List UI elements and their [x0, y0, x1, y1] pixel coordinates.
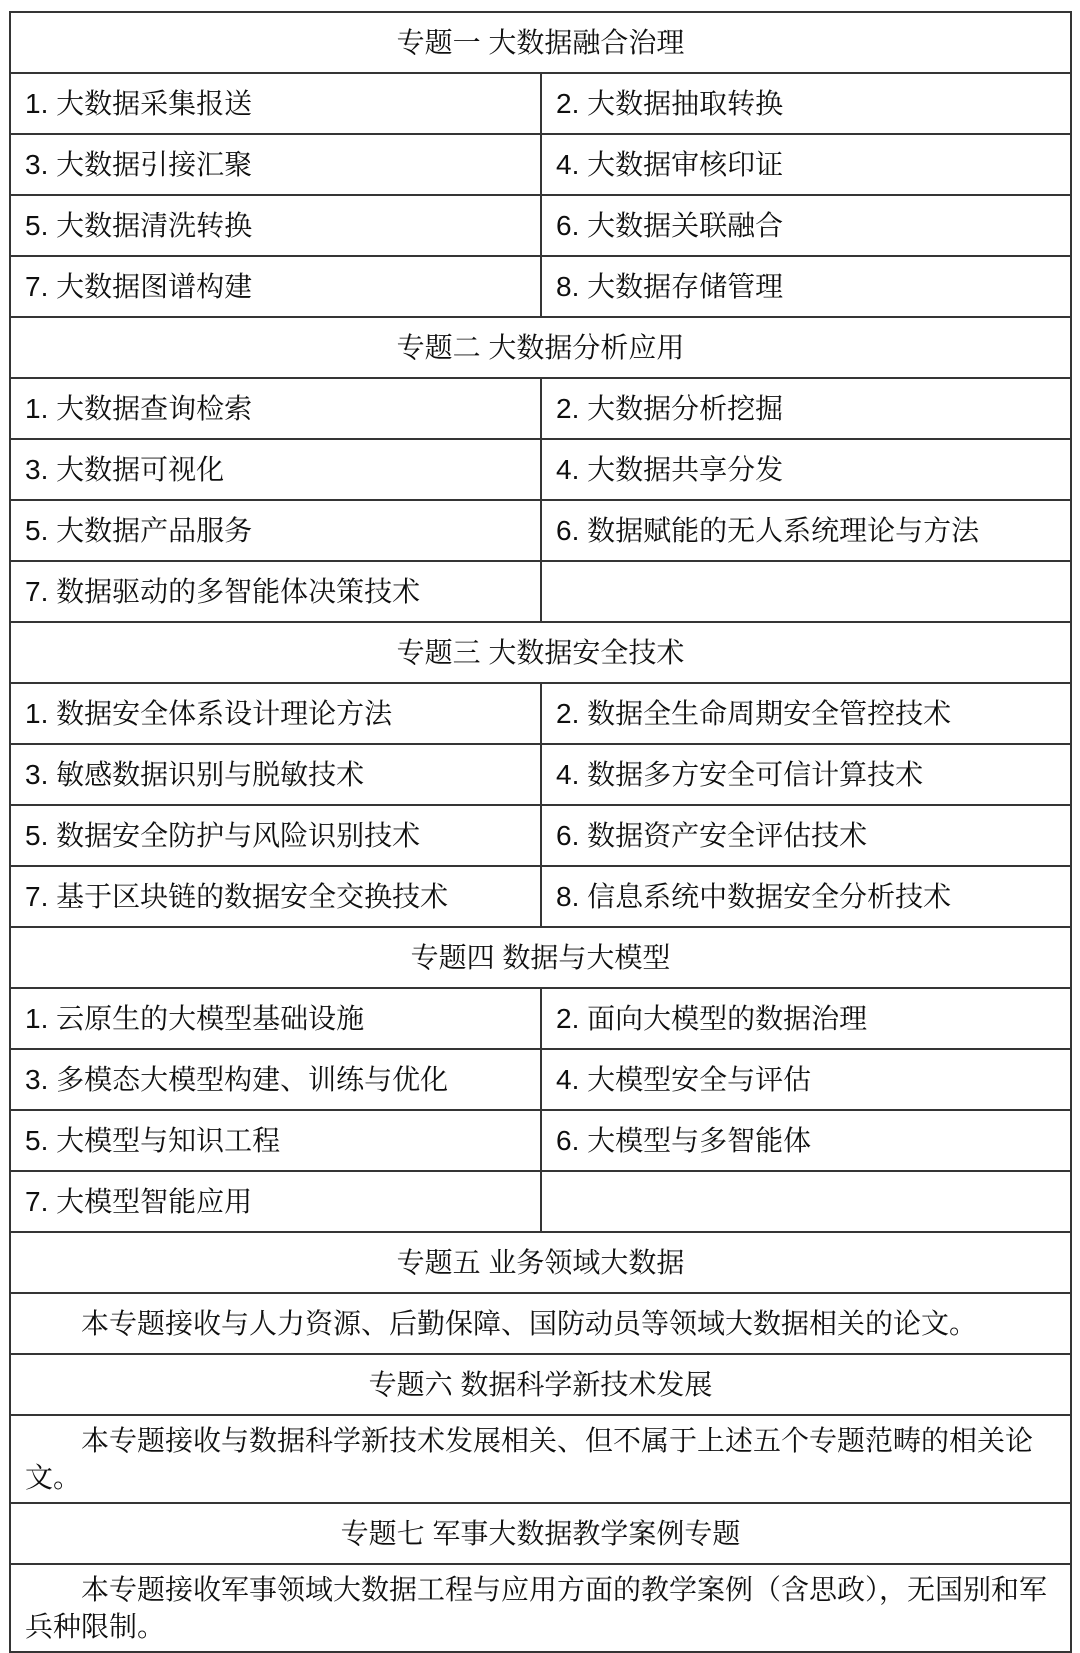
topic-cell: 3. 大数据可视化	[10, 439, 541, 500]
topic-cell: 6. 大数据关联融合	[541, 195, 1071, 256]
table-row: 本专题接收与数据科学新技术发展相关、但不属于上述五个专题范畴的相关论文。	[10, 1415, 1071, 1503]
table-row: 5. 大数据清洗转换 6. 大数据关联融合	[10, 195, 1071, 256]
table-row: 1. 大数据采集报送 2. 大数据抽取转换	[10, 73, 1071, 134]
section-6-header-row: 专题六 数据科学新技术发展	[10, 1354, 1071, 1415]
section-7-title: 专题七 军事大数据教学案例专题	[10, 1503, 1071, 1564]
section-6-title: 专题六 数据科学新技术发展	[10, 1354, 1071, 1415]
table-row: 本专题接收与人力资源、后勤保障、国防动员等领域大数据相关的论文。	[10, 1293, 1071, 1354]
topic-cell: 1. 大数据查询检索	[10, 378, 541, 439]
topic-cell: 4. 大模型安全与评估	[541, 1049, 1071, 1110]
table-row: 1. 大数据查询检索 2. 大数据分析挖掘	[10, 378, 1071, 439]
table-row: 3. 大数据可视化 4. 大数据共享分发	[10, 439, 1071, 500]
topic-cell: 1. 云原生的大模型基础设施	[10, 988, 541, 1049]
table-row: 7. 数据驱动的多智能体决策技术	[10, 561, 1071, 622]
table-row: 1. 云原生的大模型基础设施 2. 面向大模型的数据治理	[10, 988, 1071, 1049]
section-7-header-row: 专题七 军事大数据教学案例专题	[10, 1503, 1071, 1564]
topic-cell: 7. 大模型智能应用	[10, 1171, 541, 1232]
topic-cell: 3. 多模态大模型构建、训练与优化	[10, 1049, 541, 1110]
section-2-header-row: 专题二 大数据分析应用	[10, 317, 1071, 378]
document-page: 专题一 大数据融合治理 1. 大数据采集报送 2. 大数据抽取转换 3. 大数据…	[0, 0, 1080, 1653]
section-3-title: 专题三 大数据安全技术	[10, 622, 1071, 683]
table-row: 5. 大数据产品服务 6. 数据赋能的无人系统理论与方法	[10, 500, 1071, 561]
topic-cell: 2. 大数据分析挖掘	[541, 378, 1071, 439]
topic-cell: 6. 大模型与多智能体	[541, 1110, 1071, 1171]
topic-cell: 5. 大数据清洗转换	[10, 195, 541, 256]
section-1-header-row: 专题一 大数据融合治理	[10, 12, 1071, 73]
topic-cell: 5. 大数据产品服务	[10, 500, 541, 561]
table-row: 5. 数据安全防护与风险识别技术 6. 数据资产安全评估技术	[10, 805, 1071, 866]
table-row: 3. 多模态大模型构建、训练与优化 4. 大模型安全与评估	[10, 1049, 1071, 1110]
topic-cell: 5. 大模型与知识工程	[10, 1110, 541, 1171]
topic-cell: 2. 数据全生命周期安全管控技术	[541, 683, 1071, 744]
topic-cell: 2. 大数据抽取转换	[541, 73, 1071, 134]
table-row: 3. 敏感数据识别与脱敏技术 4. 数据多方安全可信计算技术	[10, 744, 1071, 805]
topic-cell: 7. 大数据图谱构建	[10, 256, 541, 317]
topic-cell: 3. 敏感数据识别与脱敏技术	[10, 744, 541, 805]
topic-cell: 7. 数据驱动的多智能体决策技术	[10, 561, 541, 622]
section-5-header-row: 专题五 业务领域大数据	[10, 1232, 1071, 1293]
section-5-note: 本专题接收与人力资源、后勤保障、国防动员等领域大数据相关的论文。	[10, 1293, 1071, 1354]
table-row: 7. 基于区块链的数据安全交换技术 8. 信息系统中数据安全分析技术	[10, 866, 1071, 927]
topic-cell: 5. 数据安全防护与风险识别技术	[10, 805, 541, 866]
topic-cell: 4. 大数据共享分发	[541, 439, 1071, 500]
topic-cell: 1. 大数据采集报送	[10, 73, 541, 134]
topic-cell: 6. 数据资产安全评估技术	[541, 805, 1071, 866]
table-row: 本专题接收军事领域大数据工程与应用方面的教学案例（含思政），无国别和军兵种限制。	[10, 1564, 1071, 1652]
topic-cell: 6. 数据赋能的无人系统理论与方法	[541, 500, 1071, 561]
section-4-header-row: 专题四 数据与大模型	[10, 927, 1071, 988]
section-6-note: 本专题接收与数据科学新技术发展相关、但不属于上述五个专题范畴的相关论文。	[10, 1415, 1071, 1503]
table-row: 7. 大数据图谱构建 8. 大数据存储管理	[10, 256, 1071, 317]
topic-cell: 8. 信息系统中数据安全分析技术	[541, 866, 1071, 927]
section-2-title: 专题二 大数据分析应用	[10, 317, 1071, 378]
topic-cell: 2. 面向大模型的数据治理	[541, 988, 1071, 1049]
section-3-header-row: 专题三 大数据安全技术	[10, 622, 1071, 683]
call-for-papers-topics-table: 专题一 大数据融合治理 1. 大数据采集报送 2. 大数据抽取转换 3. 大数据…	[9, 11, 1072, 1653]
section-7-note: 本专题接收军事领域大数据工程与应用方面的教学案例（含思政），无国别和军兵种限制。	[10, 1564, 1071, 1652]
section-5-title: 专题五 业务领域大数据	[10, 1232, 1071, 1293]
topic-cell: 8. 大数据存储管理	[541, 256, 1071, 317]
topic-cell: 4. 大数据审核印证	[541, 134, 1071, 195]
topic-cell: 7. 基于区块链的数据安全交换技术	[10, 866, 541, 927]
section-1-title: 专题一 大数据融合治理	[10, 12, 1071, 73]
topic-cell: 4. 数据多方安全可信计算技术	[541, 744, 1071, 805]
topic-cell: 3. 大数据引接汇聚	[10, 134, 541, 195]
table-row: 5. 大模型与知识工程 6. 大模型与多智能体	[10, 1110, 1071, 1171]
topic-cell: 1. 数据安全体系设计理论方法	[10, 683, 541, 744]
topic-cell-empty	[541, 561, 1071, 622]
section-4-title: 专题四 数据与大模型	[10, 927, 1071, 988]
table-row: 1. 数据安全体系设计理论方法 2. 数据全生命周期安全管控技术	[10, 683, 1071, 744]
table-row: 7. 大模型智能应用	[10, 1171, 1071, 1232]
topic-cell-empty	[541, 1171, 1071, 1232]
table-row: 3. 大数据引接汇聚 4. 大数据审核印证	[10, 134, 1071, 195]
